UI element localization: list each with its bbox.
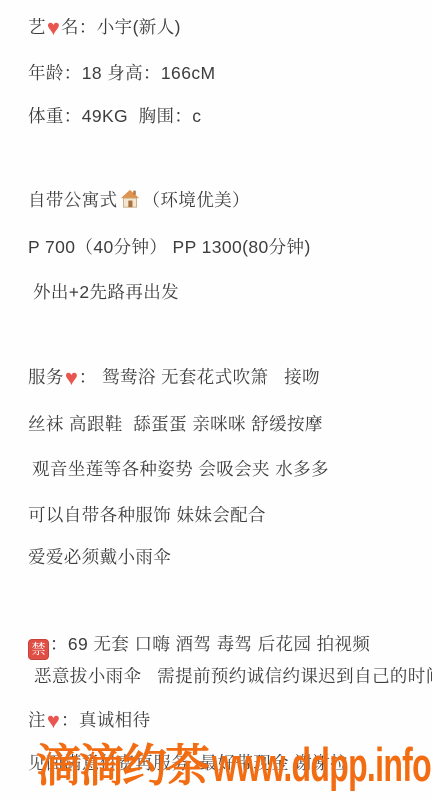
restrictions-line: 禁：69 无套 口嗨 酒驾 毒驾 后花园 拍视频 [28,632,370,660]
services-line-4: 可以自带各种服饰 妹妹会配合 [28,503,266,527]
price-line: P 700（40分钟） PP 1300(80分钟) [28,235,311,259]
environment-text: （环境优美） [143,190,250,210]
age-height-line: 年龄：18 身高：166cM [28,61,215,85]
stage-name-prefix: 艺 [28,17,46,37]
apartment-line: 自带公寓式（环境优美） [28,188,250,214]
escort-ad-flyer: 艺♥名：小宇(新人) 年龄：18 身高：166cM 体重：49KG 胸围：c 自… [0,0,432,800]
note-label: 注 [28,710,46,730]
note-line: 注♥：真诚相待 [28,708,150,733]
house-icon [120,189,140,214]
restrictions-list: ：69 无套 口嗨 酒驾 毒驾 后花园 拍视频 [50,634,370,654]
services-line-3: 观音坐莲等各种姿势 会吸会夹 水多多 [32,457,329,481]
prohibited-icon: 禁 [28,639,49,660]
watermark-url: www.ddpp.info [212,739,431,791]
watermark-brand: 滴滴约茶 [36,740,208,791]
weight-bust-line: 体重：49KG 胸围：c [28,104,201,128]
watermark: 滴滴约茶www.ddpp.info [36,739,432,800]
services-list-1: ： 鸳鸯浴 无套花式吹箫 接吻 [79,367,320,387]
heart-icon: ♥ [46,708,61,733]
services-label: 服务 [28,367,64,387]
services-line-2: 丝袜 高跟鞋 舔蛋蛋 亲咪咪 舒缓按摩 [28,412,323,436]
heart-icon: ♥ [64,365,79,390]
stage-name-value: 名：小宇(新人) [61,17,181,37]
restrictions-line-2: 恶意拔小雨伞 需提前预约诚信约课迟到自己的时间 [34,664,432,688]
outcall-line: 外出+2先路再出发 [33,280,179,304]
services-header-line: 服务♥： 鸳鸯浴 无套花式吹箫 接吻 [28,365,320,390]
heart-icon: ♥ [46,15,61,40]
services-line-5: 爱爱必须戴小雨伞 [28,545,171,569]
apartment-text: 自带公寓式 [28,190,118,210]
stage-name-line: 艺♥名：小宇(新人) [28,15,181,40]
note-text: ：真诚相待 [61,710,151,730]
